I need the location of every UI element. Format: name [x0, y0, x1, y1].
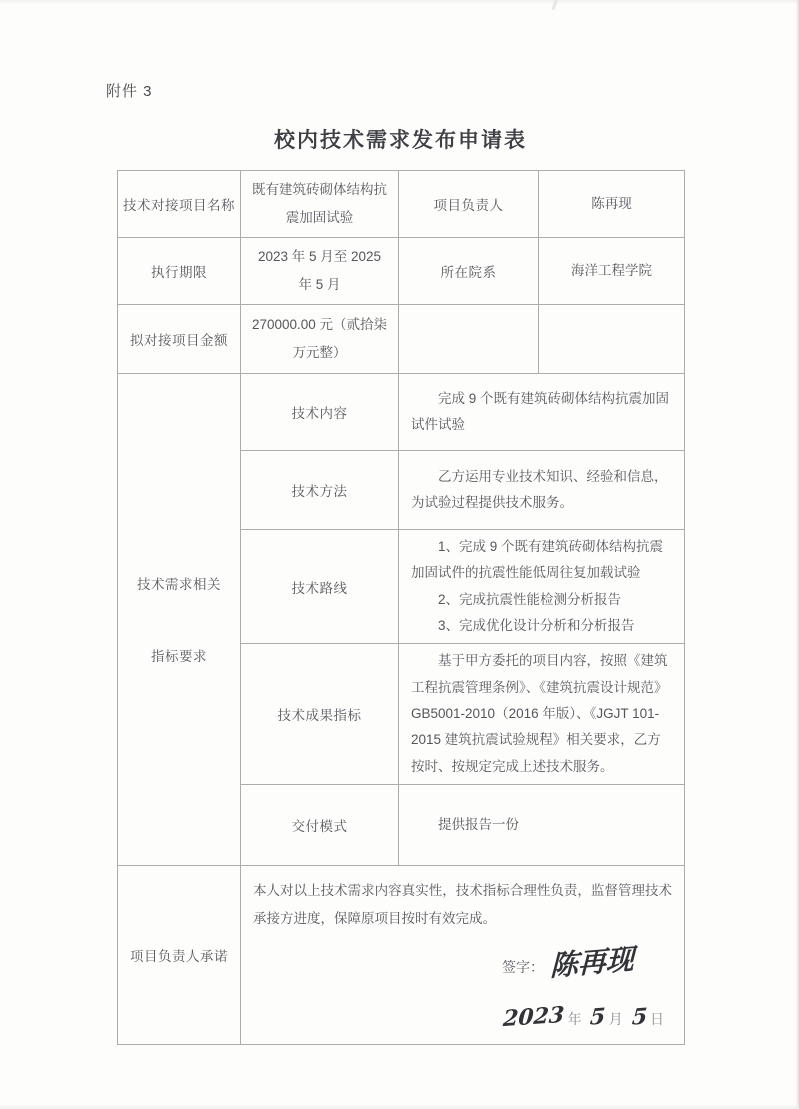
delivery-mode-text: 提供报告一份	[411, 812, 672, 838]
requirements-group-gap	[122, 593, 236, 645]
value-delivery-mode: 提供报告一份	[399, 784, 685, 865]
value-tech-content: 完成 9 个既有建筑砖砌体结构抗震加固试件试验	[399, 374, 685, 451]
row-project-name: 技术对接项目名称 既有建筑砖砌体结构抗震加固试验 项目负责人 陈再现	[118, 171, 685, 238]
tech-content-text: 完成 9 个既有建筑砖砌体结构抗震加固试件试验	[411, 386, 672, 439]
form-title: 校内技术需求发布申请表	[117, 124, 684, 154]
label-tech-outcome: 技术成果指标	[241, 644, 399, 785]
commitment-text: 本人对以上技术需求内容真实性，技术指标合理性负责，监督管理技术承接方进度，保障原…	[253, 877, 672, 934]
value-tech-route: 1、完成 9 个既有建筑砖砌体结构抗震加固试件的抗震性能低周往复加载试验 2、完…	[399, 530, 685, 644]
year-unit: 年	[568, 1011, 584, 1027]
label-execution-period: 执行期限	[118, 238, 241, 305]
signature-date-line: 2023年 5月 5日	[253, 1006, 672, 1033]
label-project-name: 技术对接项目名称	[118, 171, 241, 238]
value-department: 海洋工程学院	[539, 238, 685, 305]
scan-edge-bottom	[0, 1104, 799, 1109]
row-execution-period: 执行期限 2023 年 5 月至 2025 年 5 月 所在院系 海洋工程学院	[118, 238, 685, 305]
handwritten-day: 5	[631, 1005, 648, 1028]
handwritten-month: 5	[590, 1005, 607, 1028]
value-tech-method: 乙方运用专业技术知识、经验和信息，为试验过程提供技术服务。	[399, 451, 685, 530]
signature-label: 签字：	[502, 959, 544, 975]
handwritten-year: 2023	[503, 1003, 566, 1029]
empty-cell-2	[539, 305, 685, 374]
row-commitment: 项目负责人承诺 本人对以上技术需求内容真实性，技术指标合理性负责，监督管理技术承…	[118, 865, 685, 1044]
application-table: 技术对接项目名称 既有建筑砖砌体结构抗震加固试验 项目负责人 陈再现 执行期限 …	[117, 170, 685, 1045]
requirements-group-line2: 指标要求	[122, 645, 236, 665]
label-project-leader: 项目负责人	[399, 171, 539, 238]
label-delivery-mode: 交付模式	[241, 784, 399, 865]
handwritten-signature: 陈再现	[550, 946, 634, 981]
tech-route-line-2: 2、完成抗震性能检测分析报告	[411, 587, 672, 613]
application-table-container: 技术对接项目名称 既有建筑砖砌体结构抗震加固试验 项目负责人 陈再现 执行期限 …	[117, 170, 684, 1045]
signature-line: 签字：陈再现	[253, 949, 672, 981]
tech-route-line-3: 3、完成优化设计分析和分析报告	[411, 613, 672, 639]
label-project-amount: 拟对接项目金额	[118, 305, 241, 374]
value-project-leader: 陈再现	[539, 171, 685, 238]
requirements-group-line1: 技术需求相关	[122, 573, 236, 593]
tech-method-text: 乙方运用专业技术知识、经验和信息，为试验过程提供技术服务。	[411, 464, 672, 517]
value-project-amount: 270000.00 元（贰拾柒万元整）	[241, 305, 399, 374]
label-tech-method: 技术方法	[241, 451, 399, 530]
value-execution-period: 2023 年 5 月至 2025 年 5 月	[241, 238, 399, 305]
tech-route-line-1: 1、完成 9 个既有建筑砖砌体结构抗震加固试件的抗震性能低周往复加载试验	[411, 534, 672, 587]
month-unit: 月	[609, 1011, 625, 1027]
empty-cell-1	[399, 305, 539, 374]
day-unit: 日	[650, 1011, 666, 1027]
value-tech-outcome: 基于甲方委托的项目内容，按照《建筑工程抗震管理条例》、《建筑抗震设计规范》GB5…	[399, 644, 685, 785]
value-commitment: 本人对以上技术需求内容真实性，技术指标合理性负责，监督管理技术承接方进度，保障原…	[241, 865, 685, 1044]
scan-edge-top	[0, 0, 799, 4]
scanned-document-page: { "colors": { "paper": "#fdfdfc", "table…	[0, 0, 799, 1109]
value-project-name: 既有建筑砖砌体结构抗震加固试验	[241, 171, 399, 238]
row-tech-content: 技术需求相关 指标要求 技术内容 完成 9 个既有建筑砖砌体结构抗震加固试件试验	[118, 374, 685, 451]
attachment-label: 附件 3	[106, 80, 153, 101]
label-commitment: 项目负责人承诺	[118, 865, 241, 1044]
label-department: 所在院系	[399, 238, 539, 305]
label-requirements-group: 技术需求相关 指标要求	[118, 374, 241, 866]
label-tech-route: 技术路线	[241, 530, 399, 644]
row-project-amount: 拟对接项目金额 270000.00 元（贰拾柒万元整）	[118, 305, 685, 374]
tech-outcome-text: 基于甲方委托的项目内容，按照《建筑工程抗震管理条例》、《建筑抗震设计规范》GB5…	[411, 648, 672, 780]
label-tech-content: 技术内容	[241, 374, 399, 451]
